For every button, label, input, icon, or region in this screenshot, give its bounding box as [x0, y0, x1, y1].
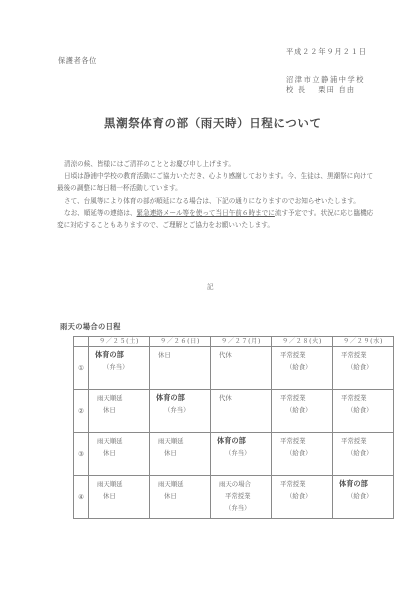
- schedule-cell: 平常授業（給食）: [333, 433, 394, 476]
- cell-detail: 休日: [97, 490, 149, 502]
- cell-detail: 休日: [97, 404, 149, 416]
- table-row: ②雨天順延休日体育の部（弁当）代休平常授業（給食）平常授業（給食）: [74, 390, 394, 433]
- cell-activity: 体育の部: [156, 392, 210, 404]
- column-header-blank: [74, 337, 89, 347]
- cell-detail: （給食）: [280, 447, 332, 459]
- cell-activity: 平常授業: [341, 435, 393, 447]
- row-number: ③: [74, 433, 89, 476]
- column-header-sep27: ９／２７(月): [211, 337, 272, 347]
- row-number: ②: [74, 390, 89, 433]
- schedule-cell: 平常授業（給食）: [272, 433, 333, 476]
- cell-detail: （給食）: [341, 361, 393, 373]
- schedule-heading: 雨天の場合の日程: [60, 322, 121, 332]
- schedule-cell: 雨天順延休日: [150, 476, 211, 519]
- cell-activity: 平常授業: [280, 478, 332, 490]
- cell-activity: 体育の部: [339, 478, 393, 490]
- cell-detail: 休日: [158, 447, 210, 459]
- schedule-cell: 休日: [150, 347, 211, 390]
- column-header-sep28: ９／２８(火): [272, 337, 333, 347]
- row-number: ①: [74, 347, 89, 390]
- cell-activity: 雨天順延: [158, 435, 210, 447]
- schedule-cell: 代休: [211, 390, 272, 433]
- column-header-sep25: ９／２５(土): [89, 337, 150, 347]
- sender-principal: 校 長栗田 自由: [286, 85, 355, 95]
- cell-detail: 休日: [97, 447, 149, 459]
- cell-detail: （給食）: [341, 447, 393, 459]
- schedule-cell: 雨天順延休日: [89, 476, 150, 519]
- schedule-cell: 雨天順延休日: [150, 433, 211, 476]
- thanks-paragraph: 日頃は静浦中学校の教育活動にご協力いただき、心より感謝しております。今、生徒は、…: [57, 170, 377, 194]
- cell-activity: 平常授業: [341, 349, 393, 361]
- schedule-cell: 雨天順延休日: [89, 433, 150, 476]
- cell-activity: 平常授業: [280, 349, 332, 361]
- column-header-sep26: ９／２６(日): [150, 337, 211, 347]
- schedule-cell: 平常授業（給食）: [333, 347, 394, 390]
- row-number: ④: [74, 476, 89, 519]
- addressee: 保護者各位: [58, 56, 97, 66]
- contact-emphasis: 緊急連絡メール等を使って当日午前６時までに: [137, 209, 275, 217]
- column-header-sep29: ９／２９(水): [333, 337, 394, 347]
- table-row: ③雨天順延休日雨天順延休日体育の部（弁当）平常授業（給食）平常授業（給食）: [74, 433, 394, 476]
- sender-school: 沼津市立静浦中学校: [286, 75, 365, 85]
- cell-activity: 雨天順延: [97, 478, 149, 490]
- schedule-cell: 平常授業（給食）: [333, 390, 394, 433]
- cell-detail: （給食）: [280, 361, 332, 373]
- document-title: 黒潮祭体育の部（雨天時）日程について: [104, 115, 322, 131]
- sender-name: 栗田 自由: [318, 85, 355, 94]
- cell-detail: （弁当）: [97, 361, 149, 373]
- cell-activity: 代休: [219, 392, 271, 404]
- document-date: 平成２２年９月２１日: [286, 47, 367, 57]
- schedule-cell: 体育の部（給食）: [333, 476, 394, 519]
- cell-activity: 平常授業: [280, 392, 332, 404]
- schedule-cell: 平常授業（給食）: [272, 390, 333, 433]
- body-text: 清涼の候、皆様にはご清祥のこととお慶び申し上げます。 日頃は静浦中学校の教育活動…: [57, 158, 377, 231]
- cell-activity: 代休: [219, 349, 271, 361]
- cell-activity: 体育の部: [217, 435, 271, 447]
- cell-activity: 雨天の場合: [219, 478, 271, 490]
- cell-activity: 体育の部: [95, 349, 149, 361]
- cell-detail: 平常授業: [219, 490, 271, 502]
- schedule-cell: 雨天の場合平常授業（弁当）: [211, 476, 272, 519]
- contact-prefix: なお、順延等の連絡は、: [64, 209, 137, 217]
- cell-activity: 休日: [158, 349, 210, 361]
- schedule-cell: 平常授業（給食）: [272, 476, 333, 519]
- cell-detail: （弁当）: [219, 502, 271, 514]
- contact-paragraph: なお、順延等の連絡は、緊急連絡メール等を使って当日午前６時までに流す予定です。状…: [57, 207, 377, 231]
- table-row: ①体育の部（弁当）休日代休平常授業（給食）平常授業（給食）: [74, 347, 394, 390]
- sender-title: 校 長: [286, 85, 306, 94]
- schedule-cell: 体育の部（弁当）: [89, 347, 150, 390]
- cell-detail: （給食）: [341, 404, 393, 416]
- cell-detail: （給食）: [280, 490, 332, 502]
- ki-marker: 記: [207, 281, 214, 291]
- schedule-table: ９／２５(土) ９／２６(日) ９／２７(月) ９／２８(火) ９／２９(水) …: [73, 336, 394, 519]
- cell-activity: 平常授業: [280, 435, 332, 447]
- cell-detail: （弁当）: [158, 404, 210, 416]
- schedule-cell: 代休: [211, 347, 272, 390]
- cell-activity: 雨天順延: [97, 435, 149, 447]
- table-row: ④雨天順延休日雨天順延休日雨天の場合平常授業（弁当）平常授業（給食）体育の部（給…: [74, 476, 394, 519]
- greeting-paragraph: 清涼の候、皆様にはご清祥のこととお慶び申し上げます。: [57, 158, 377, 170]
- cell-activity: 雨天順延: [97, 392, 149, 404]
- notice-paragraph: さて、台風等により体育の部が順延になる場合は、下記の通りになりますのでお知らせい…: [57, 195, 377, 207]
- cell-activity: 平常授業: [341, 392, 393, 404]
- schedule-cell: 雨天順延休日: [89, 390, 150, 433]
- schedule-cell: 平常授業（給食）: [272, 347, 333, 390]
- schedule-cell: 体育の部（弁当）: [211, 433, 272, 476]
- schedule-cell: 体育の部（弁当）: [150, 390, 211, 433]
- cell-detail: （給食）: [341, 490, 393, 502]
- table-header-row: ９／２５(土) ９／２６(日) ９／２７(月) ９／２８(火) ９／２９(水): [74, 337, 394, 347]
- cell-detail: 休日: [158, 490, 210, 502]
- cell-detail: （給食）: [280, 404, 332, 416]
- cell-activity: 雨天順延: [158, 478, 210, 490]
- cell-detail: （弁当）: [219, 447, 271, 459]
